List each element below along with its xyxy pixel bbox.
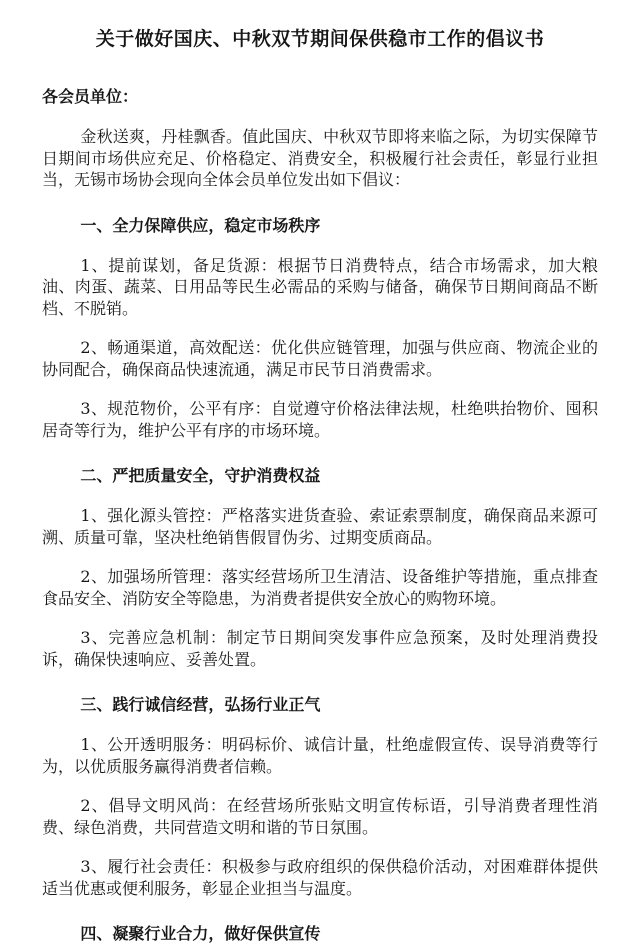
- section-1-heading: 一、全力保障供应，稳定市场秩序: [42, 215, 598, 237]
- section-3-heading: 三、践行诚信经营，弘扬行业正气: [42, 694, 598, 716]
- salutation: 各会员单位：: [42, 86, 598, 108]
- section-1-paragraph-1: 1、提前谋划，备足货源：根据节日消费特点，结合市场需求，加大粮油、肉蛋、蔬菜、日…: [42, 255, 598, 320]
- section-2-paragraph-3: 3、完善应急机制：制定节日期间突发事件应急预案，及时处理消费投诉，确保快速响应、…: [42, 627, 598, 670]
- section-3-paragraph-3: 3、履行社会责任：积极参与政府组织的保供稳价活动，对困难群体提供适当优惠或便利服…: [42, 856, 598, 899]
- section-2-paragraph-2: 2、加强场所管理：落实经营场所卫生清洁、设备维护等措施，重点排查食品安全、消防安…: [42, 566, 598, 609]
- intro-paragraph: 金秋送爽，丹桂飘香。值此国庆、中秋双节即将来临之际，为切实保障节日期间市场供应充…: [42, 126, 598, 191]
- section-2-paragraph-1: 1、强化源头管控：严格落实进货查验、索证索票制度，确保商品来源可溯、质量可靠，坚…: [42, 505, 598, 548]
- section-4-heading: 四、凝聚行业合力，做好保供宣传: [42, 923, 598, 945]
- section-1-paragraph-3: 3、规范物价，公平有序：自觉遵守价格法律法规，杜绝哄抬物价、囤积居奇等行为，维护…: [42, 398, 598, 441]
- section-1-paragraph-2: 2、畅通渠道，高效配送：优化供应链管理，加强与供应商、物流企业的协同配合，确保商…: [42, 337, 598, 380]
- section-3-paragraph-2: 2、倡导文明风尚：在经营场所张贴文明宣传标语，引导消费者理性消费、绿色消费，共同…: [42, 795, 598, 838]
- section-2-heading: 二、严把质量安全，守护消费权益: [42, 465, 598, 487]
- section-3-paragraph-1: 1、公开透明服务：明码标价、诚信计量，杜绝虚假宣传、误导消费等行为，以优质服务赢…: [42, 734, 598, 777]
- document-page: 关于做好国庆、中秋双节期间保供稳市工作的倡议书 各会员单位： 金秋送爽，丹桂飘香…: [0, 0, 640, 945]
- document-title: 关于做好国庆、中秋双节期间保供稳市工作的倡议书: [42, 26, 598, 52]
